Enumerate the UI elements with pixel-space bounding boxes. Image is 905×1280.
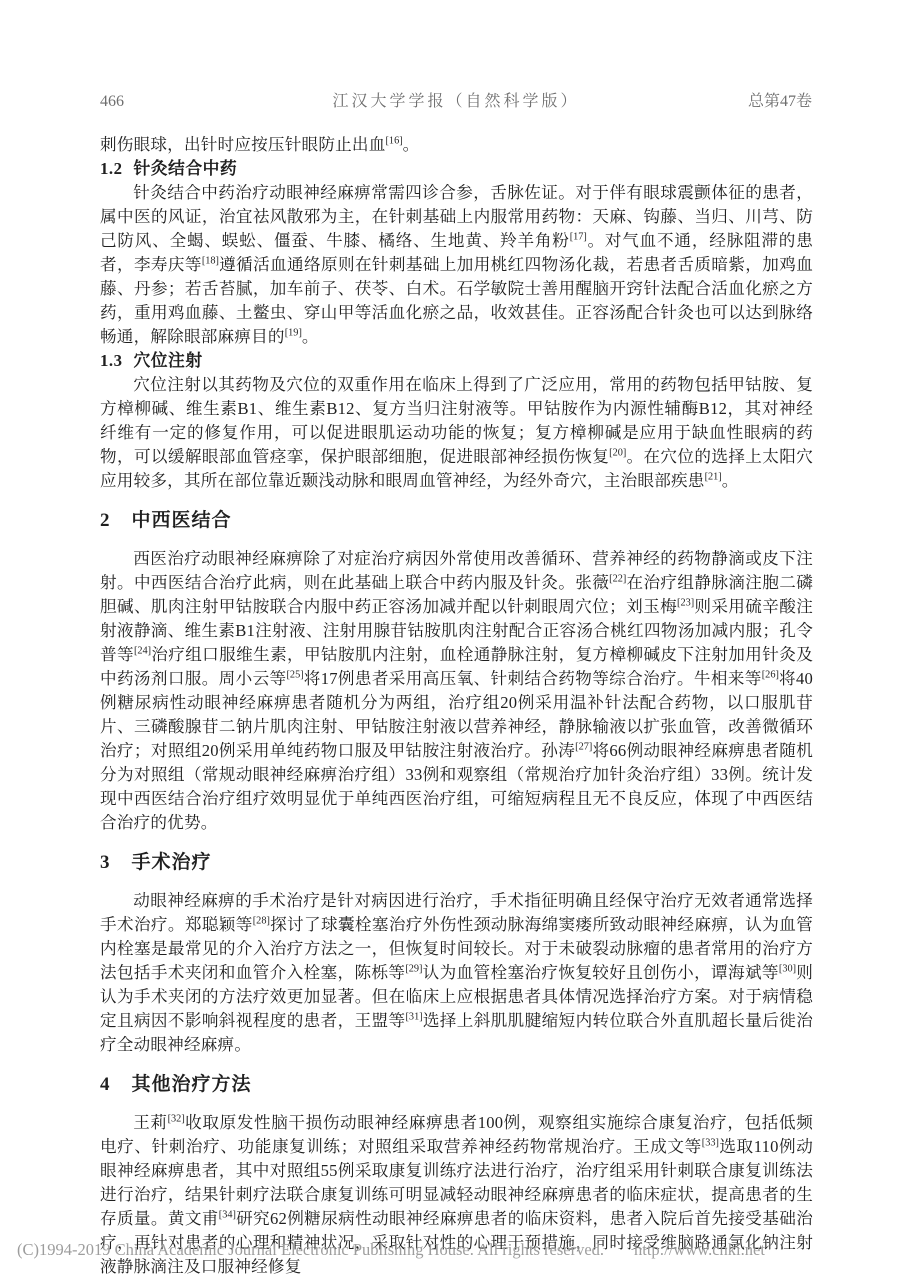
section-heading-1-3: 1.3穴位注射 <box>100 349 813 373</box>
section-number: 4 <box>100 1074 110 1095</box>
section-heading-3: 3手术治疗 <box>100 851 813 875</box>
paragraph-section-1-2: 针灸结合中药治疗动眼神经麻痹常需四诊合参，舌脉佐证。对于伴有眼球震颤体征的患者，… <box>100 181 813 349</box>
journal-title: 江汉大学学报（自然科学版） <box>332 88 579 111</box>
paragraph-continuation: 刺伤眼球，出针时应按压针眼防止出血[16]。 <box>100 133 813 157</box>
running-head: 466 江汉大学学报（自然科学版） 总第47卷 <box>100 88 812 111</box>
journal-page: 466 江汉大学学报（自然科学版） 总第47卷 刺伤眼球，出针时应按压针眼防止出… <box>0 0 905 1280</box>
section-heading-1-2: 1.2针灸结合中药 <box>100 157 813 181</box>
section-heading-2: 2中西医结合 <box>100 509 813 533</box>
paragraph-section-2: 西医治疗动眼神经麻痹除了对症治疗病因外常使用改善循环、营养神经的药物静滴或皮下注… <box>100 547 813 835</box>
footer-url: http://www.cnki.net <box>634 1240 765 1259</box>
paragraph-section-3: 动眼神经麻痹的手术治疗是针对病因进行治疗，手术指征明确且经保守治疗无效者通常选择… <box>100 889 813 1057</box>
section-number: 3 <box>100 852 110 873</box>
section-number: 1.2 <box>100 159 122 178</box>
page-footer: (C)1994-2019 China Academic Journal Elec… <box>17 1240 897 1260</box>
section-number: 1.3 <box>100 351 122 370</box>
page-number: 466 <box>100 93 124 111</box>
volume-label: 总第47卷 <box>748 88 812 111</box>
article-body: 刺伤眼球，出针时应按压针眼防止出血[16]。 1.2针灸结合中药 针灸结合中药治… <box>100 133 813 1279</box>
section-title: 穴位注射 <box>133 351 202 370</box>
section-title: 中西医结合 <box>132 510 232 531</box>
paragraph-section-1-3: 穴位注射以其药物及穴位的双重作用在临床上得到了广泛应用，常用的药物包括甲钴胺、复… <box>100 373 813 493</box>
section-heading-4: 4其他治疗方法 <box>100 1073 813 1097</box>
section-title: 针灸结合中药 <box>133 159 237 178</box>
copyright-text: (C)1994-2019 China Academic Journal Elec… <box>17 1240 604 1259</box>
section-title: 其他治疗方法 <box>132 1074 252 1095</box>
section-title: 手术治疗 <box>132 852 212 873</box>
section-number: 2 <box>100 510 110 531</box>
